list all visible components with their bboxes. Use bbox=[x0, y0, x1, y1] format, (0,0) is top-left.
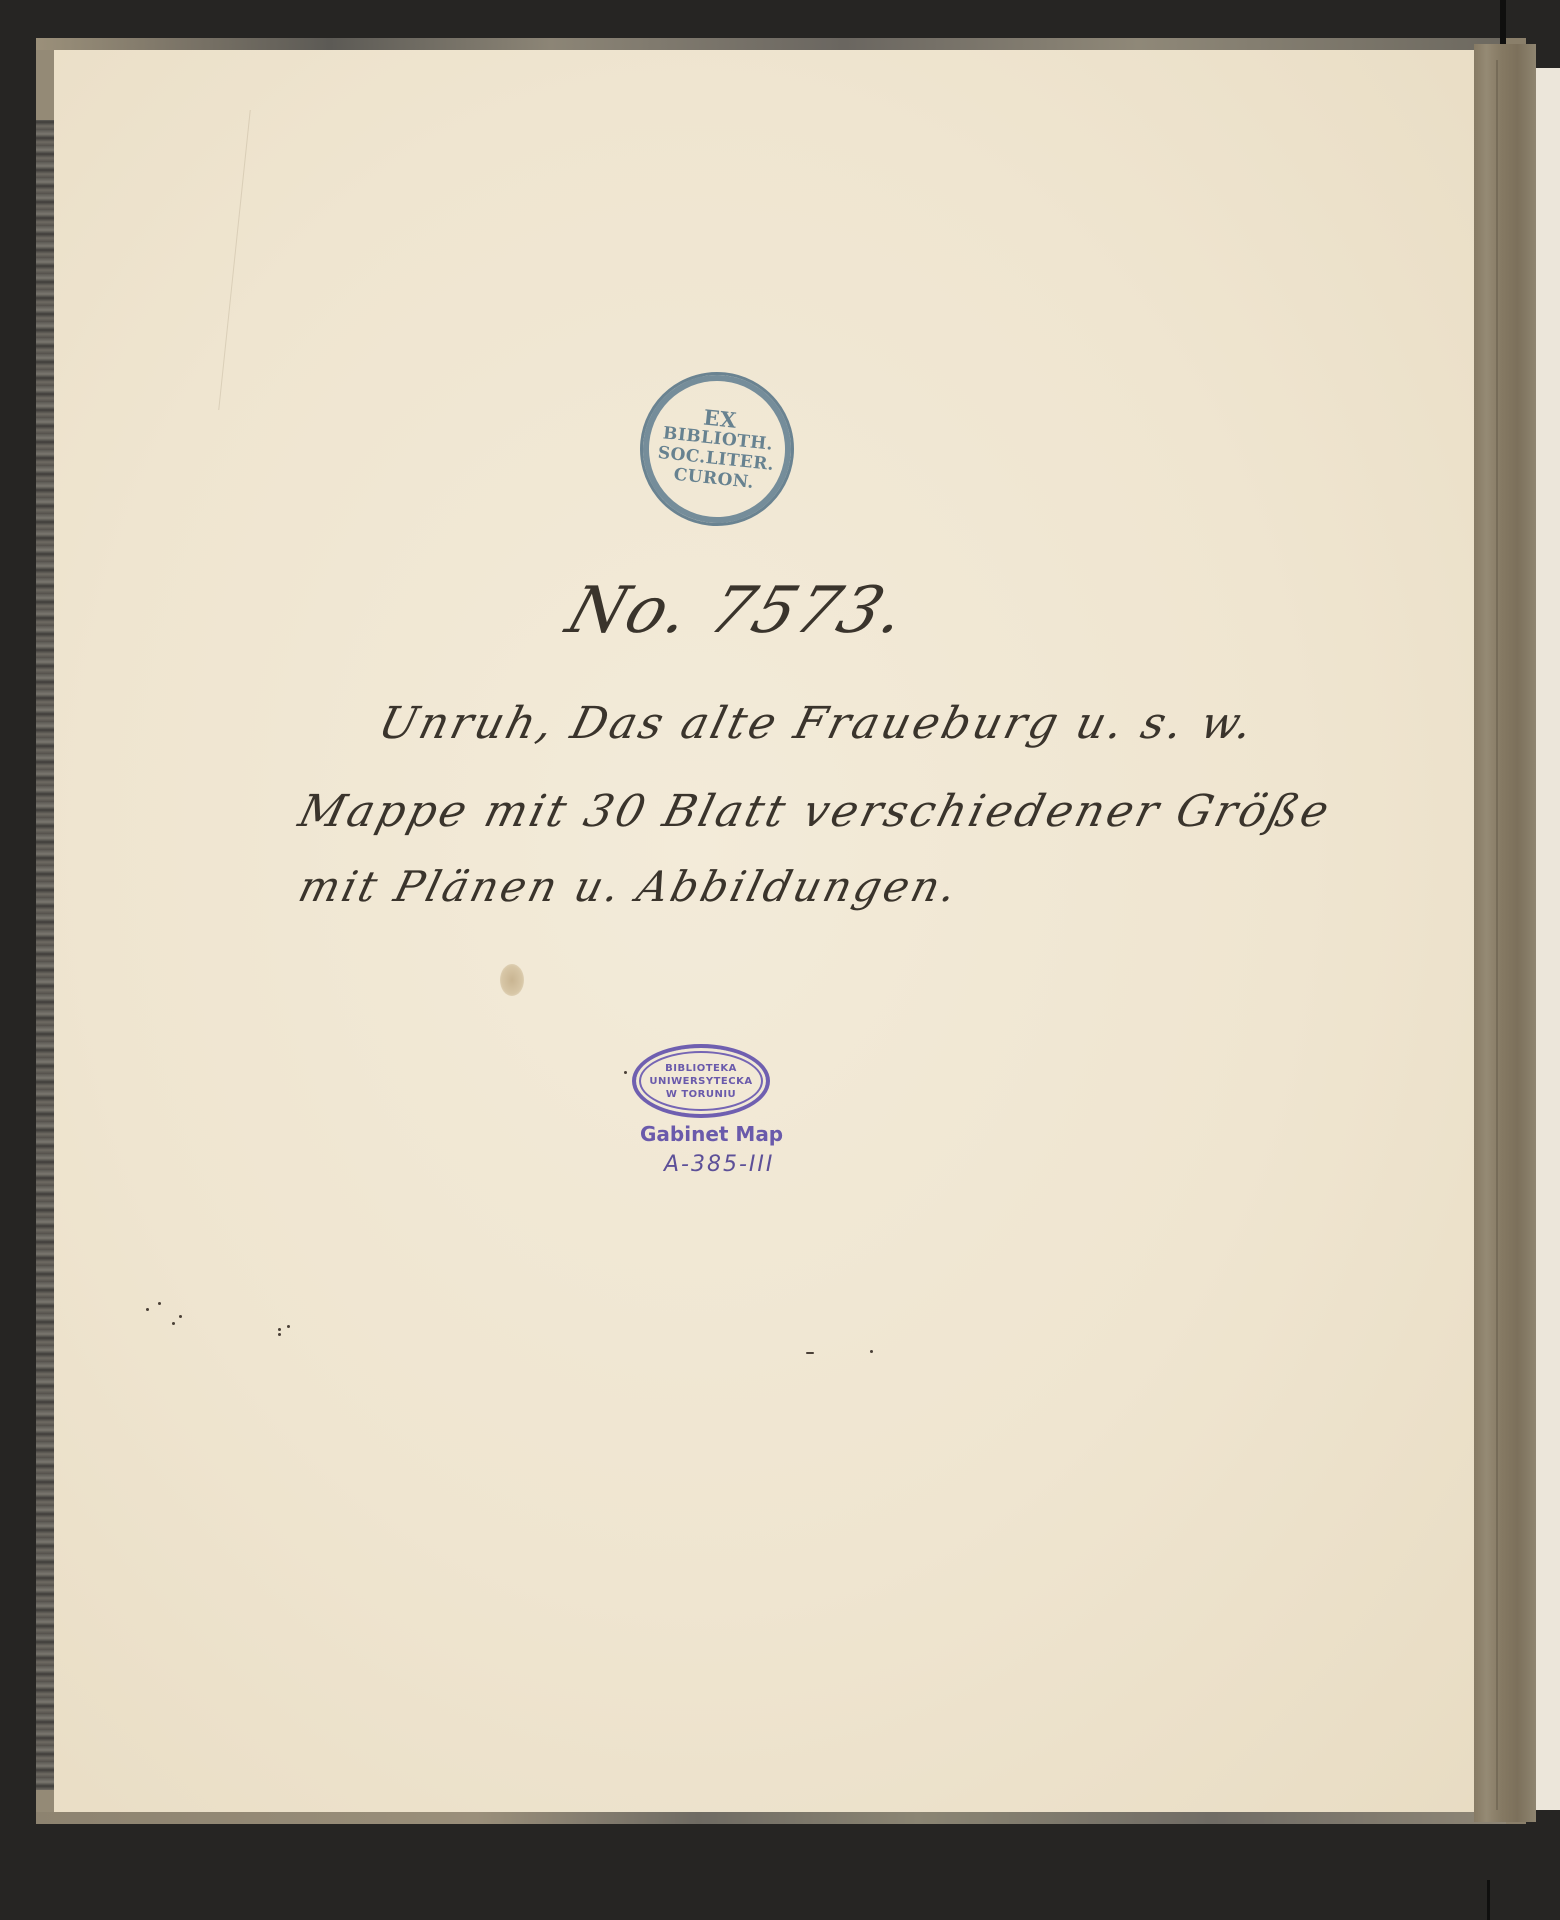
binding-gap-top bbox=[1500, 0, 1506, 44]
handwritten-title-line-2: Mappe mit 30 Blatt verschiedener Größe bbox=[294, 786, 1337, 837]
ink-speck bbox=[806, 1352, 814, 1354]
spine-cloth bbox=[1474, 44, 1536, 1822]
ink-speck bbox=[158, 1302, 161, 1305]
ink-speck bbox=[287, 1325, 290, 1328]
handwritten-catalog-number: No. 7573. bbox=[558, 574, 917, 648]
adjacent-page-edge bbox=[1536, 68, 1560, 1810]
spine-fold-line bbox=[1496, 60, 1498, 1810]
ink-speck bbox=[278, 1328, 281, 1331]
board-left-corner-bottom bbox=[36, 1790, 54, 1812]
ink-speck bbox=[624, 1071, 627, 1074]
binding-gap-bottom bbox=[1487, 1880, 1490, 1920]
library-stamp-oval: BIBLIOTEKA UNIWERSYTECKA W TORUNIU bbox=[632, 1044, 770, 1118]
collection-stamp-label: Gabinet Map bbox=[640, 1122, 783, 1146]
paper-page bbox=[54, 50, 1474, 1812]
ink-speck bbox=[870, 1350, 873, 1353]
ink-speck bbox=[278, 1333, 281, 1336]
ink-speck bbox=[172, 1322, 175, 1325]
stamp-oval-line-3: W TORUNIU bbox=[666, 1088, 736, 1101]
stamp-oval-line-2: UNIWERSYTECKA bbox=[649, 1075, 752, 1088]
board-left-edge bbox=[36, 50, 54, 1812]
handwritten-title-line-3: mit Plänen u. Abbildungen. bbox=[294, 862, 965, 911]
stamp-oval-line-1: BIBLIOTEKA bbox=[665, 1062, 737, 1075]
board-left-corner-top bbox=[36, 50, 54, 120]
paper-crease bbox=[138, 110, 251, 410]
handwritten-title-line-1: Unruh, Das alte Fraueburg u. s. w. bbox=[374, 698, 1261, 749]
ink-speck bbox=[179, 1315, 182, 1318]
ink-speck bbox=[146, 1308, 149, 1311]
call-number: A-385-III bbox=[664, 1152, 774, 1177]
board-bottom-edge bbox=[36, 1812, 1506, 1824]
paper-stain bbox=[500, 964, 524, 996]
board-top-edge bbox=[36, 38, 1506, 50]
